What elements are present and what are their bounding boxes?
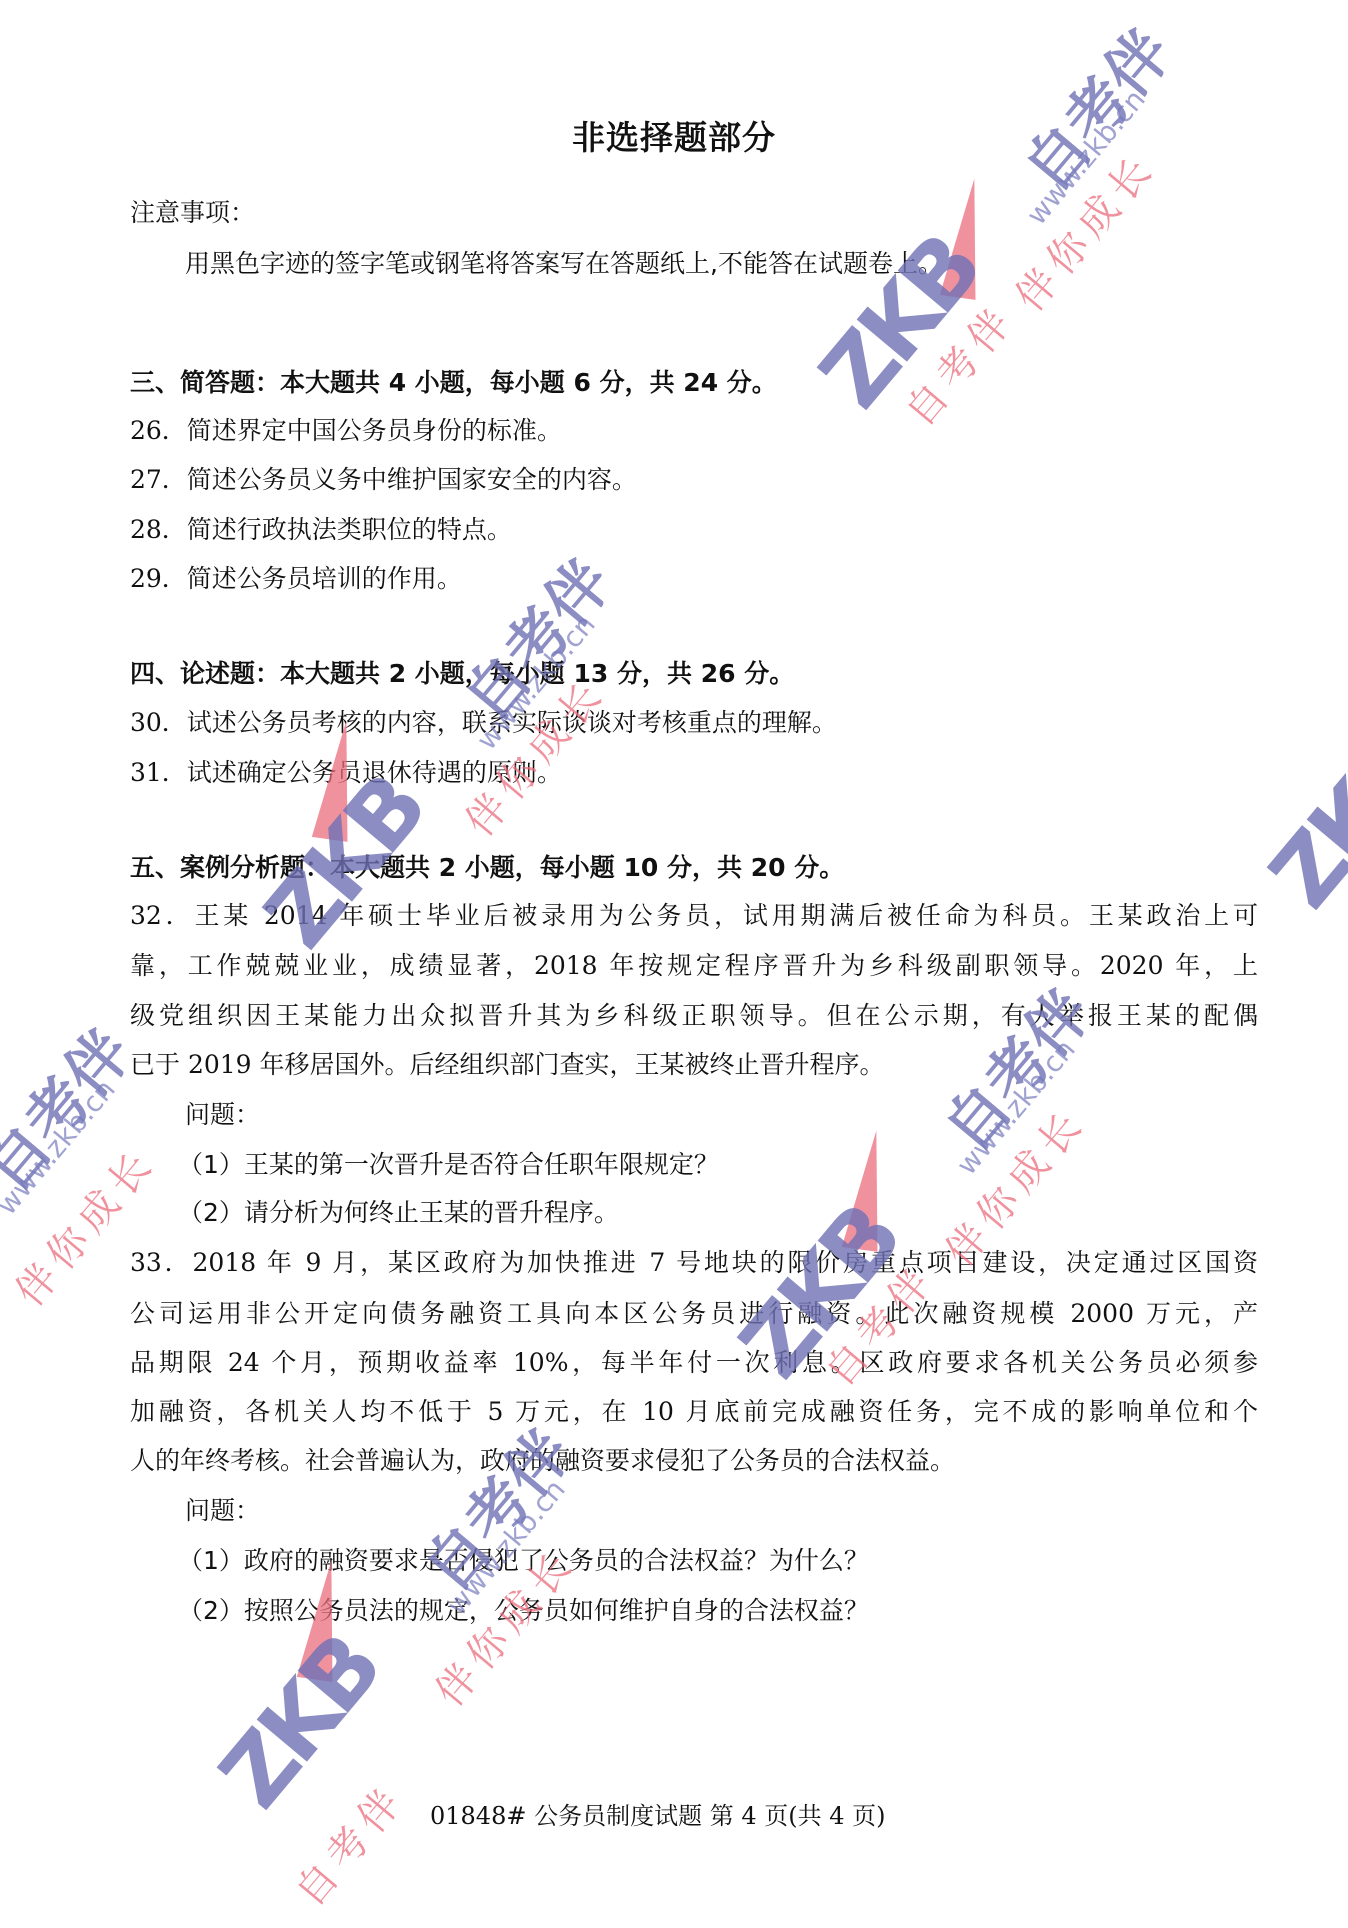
case-33-line: 33．2018 年 9 月，某区政府为加快推进 7 号地块的限价房重点项目建设，… (130, 1246, 1258, 1280)
case-33-line: 品期限 24 个月，预期收益率 10%，每半年付一次利息。区政府要求各机关公务员… (130, 1346, 1258, 1380)
notice-text: 用黑色字迹的签字笔或钢笔将答案写在答题纸上,不能答在试题卷上。 (185, 247, 943, 281)
case-32-sub-question-2: （2）请分析为何终止王某的晋升程序。 (178, 1196, 619, 1230)
section-heading-short-answer: 三、简答题：本大题共 4 小题，每小题 6 分，共 24 分。 (130, 366, 777, 400)
watermark-logo: ZKB (1250, 718, 1348, 928)
watermark-triangle-icon (842, 1128, 894, 1252)
watermark-url: www.zkb.cn (950, 1033, 1082, 1181)
section-heading-case-analysis: 五、案例分析题：本大题共 2 小题，每小题 10 分，共 20 分。 (130, 851, 844, 885)
question-29: 29．简述公务员培训的作用。 (130, 562, 462, 596)
case-33-line: 公司运用非公开定向债务融资工具向本区公务员进行融资。此次融资规模 2000 万元… (130, 1297, 1258, 1331)
watermark-brand: 自考伴 (920, 968, 1108, 1168)
section-title: 非选择题部分 (0, 112, 1348, 159)
case-32-line: 已于 2019 年移居国外。后经组织部门查实，王某被终止晋升程序。 (130, 1048, 885, 1082)
case-33-sub-question-2: （2）按照公务员法的规定，公务员如何维护自身的合法权益？ (178, 1594, 869, 1628)
question-26: 26．简述界定中国公务员身份的标准。 (130, 414, 562, 448)
notice-heading: 注意事项： (130, 196, 255, 230)
case-33-question-label: 问题： (185, 1494, 260, 1528)
watermark-triangle-icon (940, 176, 992, 300)
case-33-line: 人的年终考核。社会普遍认为，政府的融资要求侵犯了公务员的合法权益。 (130, 1444, 955, 1478)
question-30: 30．试述公务员考核的内容，联系实际谈谈对考核重点的理解。 (130, 706, 837, 740)
section-heading-essay: 四、论述题：本大题共 2 小题，每小题 13 分，共 26 分。 (130, 657, 794, 691)
watermark-brand-red: 自考伴 (890, 290, 1026, 437)
case-33-line: 加融资，各机关人均不低于 5 万元，在 10 月底前完成融资任务，完不成的影响单… (130, 1395, 1258, 1429)
watermark-brand: 自考伴 (1000, 8, 1188, 208)
watermark-slogan: 伴你成长 (1000, 138, 1167, 322)
case-32-line: 级党组织因王某能力出众拟晋升其为乡科级正职领导。但在公示期，有人举报王某的配偶 (130, 999, 1258, 1033)
watermark-url: www.zkb.cn (0, 1073, 122, 1221)
case-32-sub-question-1: （1）王某的第一次晋升是否符合任职年限规定？ (178, 1148, 719, 1182)
question-28: 28．简述行政执法类职位的特点。 (130, 513, 512, 547)
question-27: 27．简述公务员义务中维护国家安全的内容。 (130, 463, 637, 497)
watermark-brand: 自考伴 (0, 1008, 148, 1208)
watermark-brand-red: 自考伴 (280, 1770, 416, 1917)
case-32-line: 靠，工作兢兢业业，成绩显著，2018 年按规定程序晋升为乡科级副职领导。2020… (130, 949, 1258, 983)
page-footer: 01848# 公务员制度试题 第 4 页(共 4 页) (430, 1796, 886, 1831)
case-32-line: 32．王某 2014 年硕士毕业后被录用为公务员，试用期满后被任命为科员。王某政… (130, 899, 1258, 933)
case-32-question-label: 问题： (185, 1098, 260, 1132)
watermark-slogan: 伴你成长 (0, 1133, 167, 1317)
case-33-sub-question-1: （1）政府的融资要求是否侵犯了公务员的合法权益？为什么？ (178, 1544, 869, 1578)
